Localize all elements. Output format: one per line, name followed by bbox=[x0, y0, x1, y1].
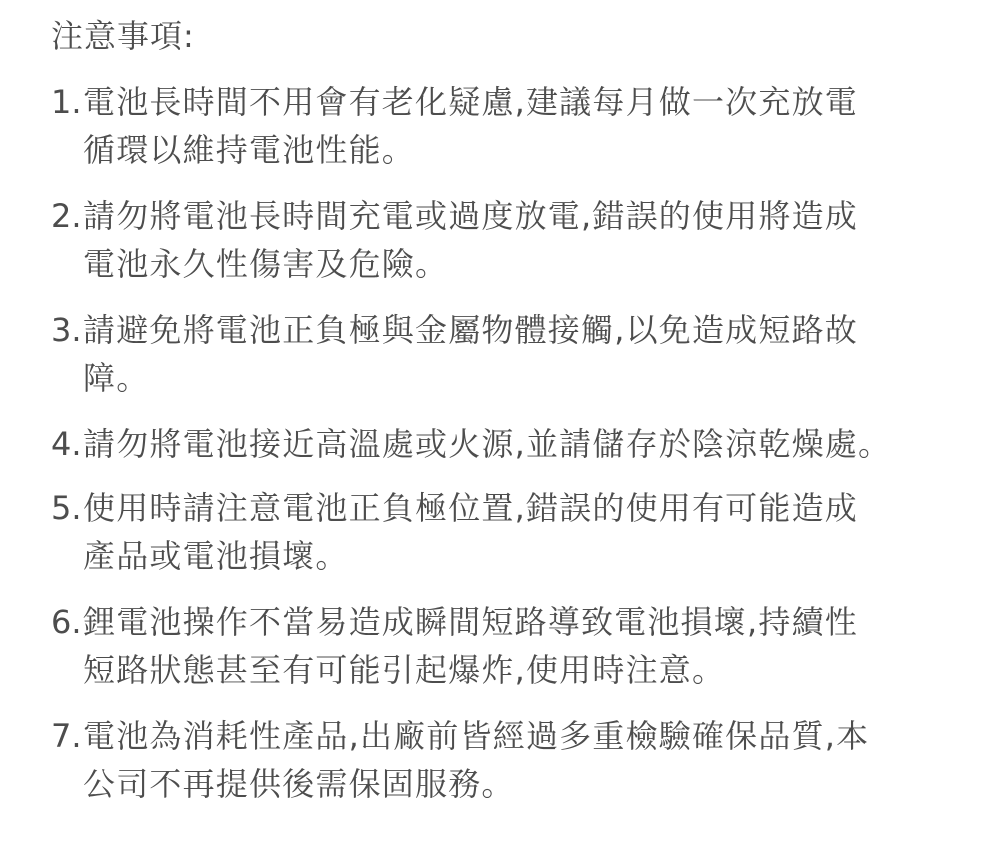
item-text: 電池長時間不用會有老化疑慮,建議每月做一次充放電 bbox=[83, 83, 858, 121]
notice-line: 3.請避免將電池正負極與金屬物體接觸,以免造成短路故 bbox=[51, 306, 951, 354]
notice-line: 2.請勿將電池長時間充電或過度放電,錯誤的使用將造成 bbox=[51, 192, 951, 240]
item-number: 3. bbox=[51, 306, 83, 354]
item-number: 1. bbox=[51, 78, 83, 126]
item-text: 請勿將電池長時間充電或過度放電,錯誤的使用將造成 bbox=[83, 197, 858, 235]
item-text-continued: 循環以維持電池性能。 bbox=[51, 126, 951, 174]
notice-item-5: 5.使用時請注意電池正負極位置,錯誤的使用有可能造成 產品或電池損壞。 bbox=[51, 484, 951, 580]
item-number: 6. bbox=[51, 598, 83, 646]
item-number: 7. bbox=[51, 712, 83, 760]
notice-line: 5.使用時請注意電池正負極位置,錯誤的使用有可能造成 bbox=[51, 484, 951, 532]
item-number: 2. bbox=[51, 192, 83, 240]
item-text-continued: 障。 bbox=[51, 354, 951, 402]
item-text-continued: 公司不再提供後需保固服務。 bbox=[51, 760, 951, 808]
notice-item-4: 4.請勿將電池接近高溫處或火源,並請儲存於陰涼乾燥處。 bbox=[51, 420, 951, 468]
notice-line: 6.鋰電池操作不當易造成瞬間短路導致電池損壞,持續性 bbox=[51, 598, 951, 646]
notice-item-6: 6.鋰電池操作不當易造成瞬間短路導致電池損壞,持續性 短路狀態甚至有可能引起爆炸… bbox=[51, 598, 951, 694]
notice-line: 7.電池為消耗性產品,出廠前皆經過多重檢驗確保品質,本 bbox=[51, 712, 951, 760]
notice-item-7: 7.電池為消耗性產品,出廠前皆經過多重檢驗確保品質,本 公司不再提供後需保固服務… bbox=[51, 712, 951, 808]
item-text-continued: 短路狀態甚至有可能引起爆炸,使用時注意。 bbox=[51, 646, 951, 694]
item-text-continued: 電池永久性傷害及危險。 bbox=[51, 240, 951, 288]
item-text: 請勿將電池接近高溫處或火源,並請儲存於陰涼乾燥處。 bbox=[83, 425, 891, 463]
notice-line: 4.請勿將電池接近高溫處或火源,並請儲存於陰涼乾燥處。 bbox=[51, 420, 951, 468]
notice-heading: 注意事項: bbox=[51, 14, 195, 58]
item-text: 電池為消耗性產品,出廠前皆經過多重檢驗確保品質,本 bbox=[83, 717, 869, 755]
item-text: 鋰電池操作不當易造成瞬間短路導致電池損壞,持續性 bbox=[83, 603, 858, 641]
notice-item-1: 1.電池長時間不用會有老化疑慮,建議每月做一次充放電 循環以維持電池性能。 bbox=[51, 78, 951, 174]
notice-document: 注意事項: 1.電池長時間不用會有老化疑慮,建議每月做一次充放電 循環以維持電池… bbox=[0, 0, 1000, 856]
notice-item-3: 3.請避免將電池正負極與金屬物體接觸,以免造成短路故 障。 bbox=[51, 306, 951, 402]
item-text: 使用時請注意電池正負極位置,錯誤的使用有可能造成 bbox=[83, 489, 858, 527]
notice-item-2: 2.請勿將電池長時間充電或過度放電,錯誤的使用將造成 電池永久性傷害及危險。 bbox=[51, 192, 951, 288]
item-text: 請避免將電池正負極與金屬物體接觸,以免造成短路故 bbox=[83, 311, 858, 349]
item-number: 5. bbox=[51, 484, 83, 532]
notice-line: 1.電池長時間不用會有老化疑慮,建議每月做一次充放電 bbox=[51, 78, 951, 126]
item-text-continued: 產品或電池損壞。 bbox=[51, 532, 951, 580]
item-number: 4. bbox=[51, 420, 83, 468]
